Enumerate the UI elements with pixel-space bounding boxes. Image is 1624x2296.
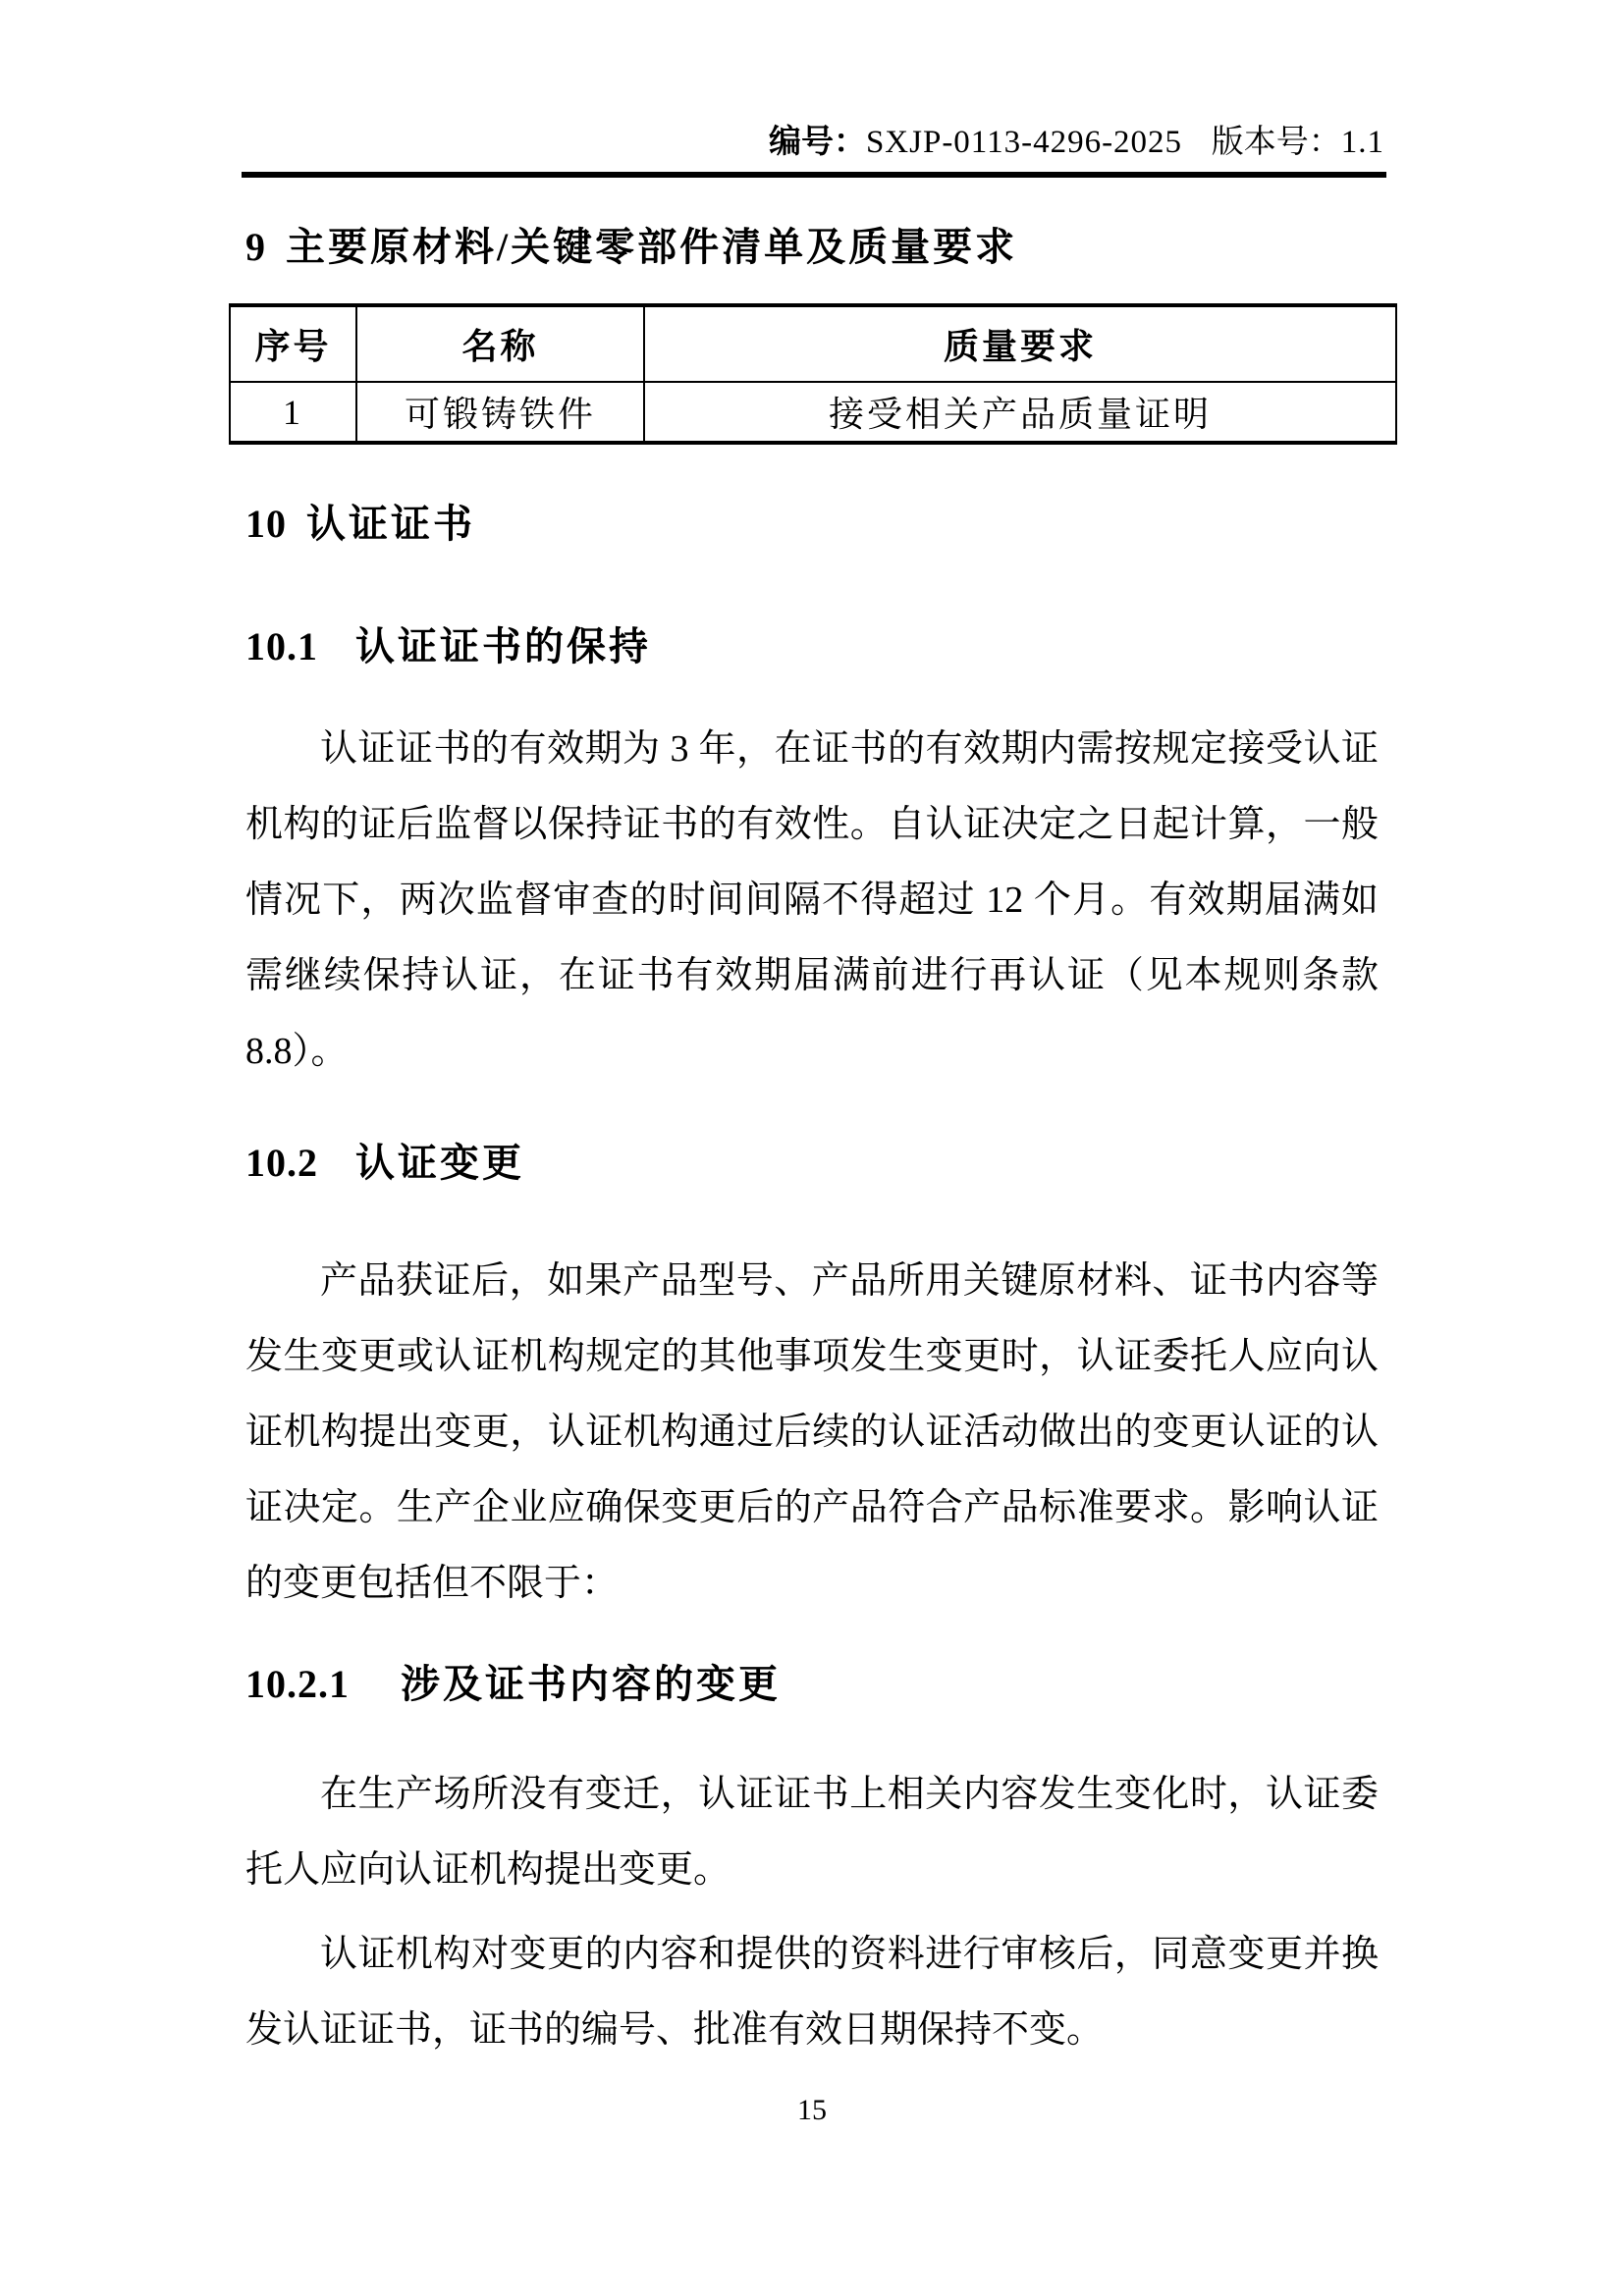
section-10-2-1-heading: 10.2.1涉及证书内容的变更 [245,1660,1379,1709]
section-10-2-heading: 10.2认证变更 [245,1139,1379,1188]
doc-number-value: SXJP-0113-4296-2025 [866,125,1182,160]
col-header-name: 名称 [356,305,644,382]
text-line: 发认证证书，证书的编号、批准有效日期保持不变。 [245,1993,1379,2068]
text-line: 产品获证后，如果产品型号、产品所用关键原材料、证书内容等 [245,1244,1379,1319]
section-10-2-1-title: 涉及证书内容的变更 [401,1662,781,1706]
cell-index: 1 [230,382,356,443]
text-line: 需继续保持认证，在证书有效期届满前进行再认证（见本规则条款 [245,938,1379,1014]
doc-number-label: 编号： [769,123,866,159]
paragraph-10-2-1-a: 在生产场所没有变迁，认证证书上相关内容发生变化时，认证委 托人应向认证机构提出变… [245,1757,1379,1908]
text-line: 托人应向认证机构提出变更。 [245,1833,1379,1908]
table-row: 1 可锻铸铁件 接受相关产品质量证明 [230,382,1396,443]
text-line: 机构的证后监督以保持证书的有效性。自认证决定之日起计算，一般 [245,787,1379,863]
paragraph-10-2: 产品获证后，如果产品型号、产品所用关键原材料、证书内容等 发生变更或认证机构规定… [245,1244,1379,1622]
page-number: 15 [0,2092,1624,2129]
page-header: 编号：SXJP-0113-4296-2025版本号：1.1 [245,0,1384,164]
text-line: 在生产场所没有变迁，认证证书上相关内容发生变化时，认证委 [245,1757,1379,1833]
section-9-title: 主要原材料/关键零部件清单及质量要求 [286,225,1017,269]
section-10-heading: 10认证证书 [245,500,1379,549]
section-10-2-title: 认证变更 [355,1141,524,1185]
table-header-row: 序号 名称 质量要求 [230,305,1396,382]
text-line: 发生变更或认证机构规定的其他事项发生变更时，认证委托人应向认 [245,1319,1379,1395]
section-10-2-number: 10.2 [245,1141,318,1185]
section-10-1-heading: 10.1认证证书的保持 [245,622,1379,671]
header-rule [242,172,1386,178]
text-line: 情况下，两次监督审查的时间间隔不得超过 12 个月。有效期届满如 [245,863,1379,938]
text-line: 认证证书的有效期为 3 年，在证书的有效期内需按规定接受认证 [245,712,1379,787]
version-label: 版本号： [1212,123,1341,159]
section-10-1-number: 10.1 [245,624,318,668]
section-10-title: 认证证书 [306,502,475,546]
materials-table: 序号 名称 质量要求 1 可锻铸铁件 接受相关产品质量证明 [229,303,1397,445]
section-10-2-1-number: 10.2.1 [245,1662,350,1706]
col-header-index: 序号 [230,305,356,382]
version-value: 1.1 [1341,125,1384,160]
section-10-1-title: 认证证书的保持 [355,624,651,668]
section-9-heading: 9主要原材料/关键零部件清单及质量要求 [245,223,1379,272]
cell-name: 可锻铸铁件 [356,382,644,443]
section-9-number: 9 [245,225,266,269]
col-header-quality: 质量要求 [644,305,1396,382]
text-line: 认证机构对变更的内容和提供的资料进行审核后，同意变更并换 [245,1917,1379,1993]
paragraph-10-1: 认证证书的有效期为 3 年，在证书的有效期内需按规定接受认证 机构的证后监督以保… [245,712,1379,1090]
paragraph-10-2-1-b: 认证机构对变更的内容和提供的资料进行审核后，同意变更并换 发认证证书，证书的编号… [245,1917,1379,2068]
section-10-number: 10 [245,502,287,546]
document-page: 编号：SXJP-0113-4296-2025版本号：1.1 9主要原材料/关键零… [0,0,1624,2296]
text-line: 8.8）。 [245,1014,1379,1090]
text-line: 的变更包括但不限于： [245,1546,1379,1622]
text-line: 证机构提出变更，认证机构通过后续的认证活动做出的变更认证的认 [245,1395,1379,1470]
cell-quality: 接受相关产品质量证明 [644,382,1396,443]
text-line: 证决定。生产企业应确保变更后的产品符合产品标准要求。影响认证 [245,1470,1379,1546]
